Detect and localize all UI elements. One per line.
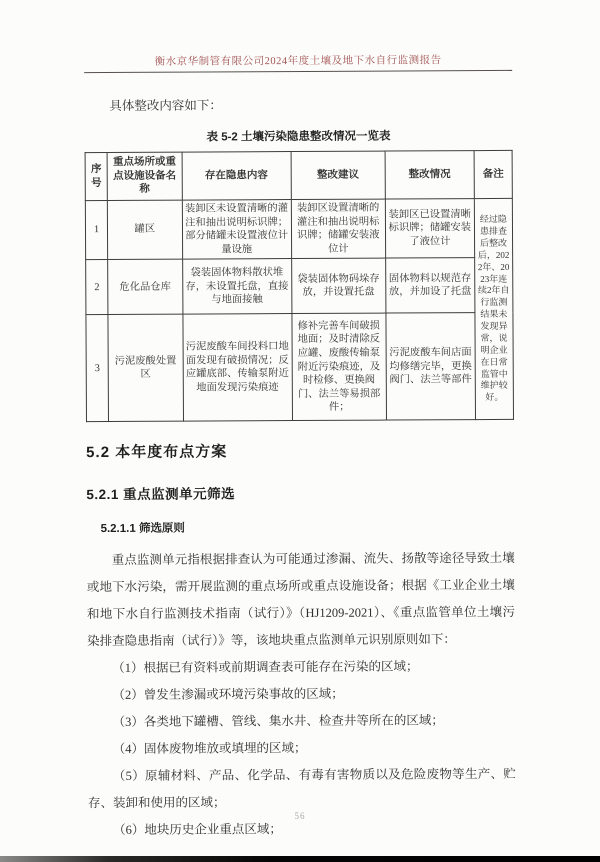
page-number: 56 [0, 811, 600, 821]
scan-edge-artifact [0, 856, 600, 862]
document-page: 衡水京华制管有限公司2024年度土壤及地下水自行监测报告 具体整改内容如下： 表… [0, 0, 600, 862]
col-header-hazard: 存在隐患内容 [182, 152, 292, 201]
section-heading-5-2-1-1: 5.2.1.1 筛选原则 [101, 518, 515, 536]
list-item-2: （2）曾发生渗漏或环境污染事故的区域； [87, 680, 515, 709]
remediation-table: 序号 重点场所或重点设施设备名称 存在隐患内容 整改建议 整改情况 备注 1 罐… [85, 150, 514, 423]
table-row: 3 污泥废酸处置区 污泥废酸车间投料口地面发现有破损情况；反应罐底部、传输泵附近… [86, 313, 514, 422]
body-text: 重点监测单元指根据排查认为可能通过渗漏、流失、扬散等途径导致土壤或地下水污染，需… [87, 545, 517, 844]
section-heading-5-2-1: 5.2.1 重点监测单元筛选 [86, 481, 514, 503]
section-heading-5-2: 5.2 本年度布点方案 [86, 439, 514, 462]
cell-hazard: 袋装固体物料散状堆存，未设置托盘，直接与地面接触 [182, 259, 292, 315]
cell-place: 危化品仓库 [108, 259, 183, 314]
list-item-3: （3）各类地下罐槽、管线、集水井、检查井等所在的区域； [88, 707, 516, 736]
cell-no: 3 [86, 315, 109, 422]
cell-remark: 经过隐患排查后整改后，2022年、2023年连续2年自行监测结果未发现异常，说明… [474, 198, 513, 420]
cell-suggestion: 装卸区设置清晰的灌注和抽出说明标识牌；储罐安装液位计 [291, 199, 385, 259]
table-row: 2 危化品仓库 袋装固体物料散状堆存，未设置托盘，直接与地面接触 袋装固体物码垛… [86, 258, 513, 315]
cell-status: 污泥废酸车间店面均修缮完毕，更换阀门、法兰等部件 [386, 313, 476, 420]
table-title: 表 5-2 土壤污染隐患整改情况一览表 [84, 127, 512, 145]
col-header-status: 整改情况 [385, 151, 474, 199]
list-item-1: （1）根据已有资料或前期调查表可能存在污染的区域； [87, 653, 515, 682]
list-item-5: （5）原辅材料、产品、化学品、有毒有害物质以及危险废物等生产、贮存、装卸和使用的… [88, 761, 516, 817]
cell-hazard: 污泥废酸车间投料口地面发现有破损情况；反应罐底部、传输泵附近地面发现污染痕迹 [182, 314, 292, 422]
cell-status: 装卸区已设置清晰标识牌；储罐安装了液位计 [385, 199, 475, 259]
cell-place: 罐区 [108, 200, 183, 260]
report-header-title: 衡水京华制管有限公司2024年度土壤及地下水自行监测报告 [153, 52, 444, 72]
col-header-remark: 备注 [474, 150, 512, 198]
col-header-no: 序号 [85, 153, 107, 201]
list-item-4: （4）固体废物堆放或填埋的区域； [88, 734, 516, 763]
cell-no: 1 [85, 201, 108, 260]
cell-hazard: 装卸区未设置清晰的灌注和抽出说明标识牌；部分储罐未设置液位计量设施 [182, 200, 292, 260]
report-header: 衡水京华制管有限公司2024年度土壤及地下水自行监测报告 [84, 0, 512, 73]
table-row: 1 罐区 装卸区未设置清晰的灌注和抽出说明标识牌；部分储罐未设置液位计量设施 装… [85, 198, 512, 260]
cell-suggestion: 袋装固体物码垛存放，并设置托盘 [291, 258, 385, 313]
principles-paragraph: 重点监测单元指根据排查认为可能通过渗漏、流失、扬散等途径导致土壤或地下水污染，需… [87, 545, 516, 655]
table-header-row: 序号 重点场所或重点设施设备名称 存在隐患内容 整改建议 整改情况 备注 [85, 150, 512, 200]
col-header-suggestion: 整改建议 [291, 151, 385, 199]
intro-line: 具体整改内容如下： [84, 94, 512, 114]
cell-no: 2 [86, 260, 108, 315]
page-content: 衡水京华制管有限公司2024年度土壤及地下水自行监测报告 具体整改内容如下： 表… [84, 0, 516, 844]
cell-status: 固体物料以规范存放，并加设了托盘 [385, 258, 475, 313]
col-header-place: 重点场所或重点设施设备名称 [107, 152, 182, 200]
cell-place: 污泥废酸处置区 [108, 314, 183, 421]
cell-suggestion: 修补完善车间破损地面；及时清除反应罐、废酸传输泵附近污染痕迹，及时检修、更换阀门… [292, 313, 386, 420]
